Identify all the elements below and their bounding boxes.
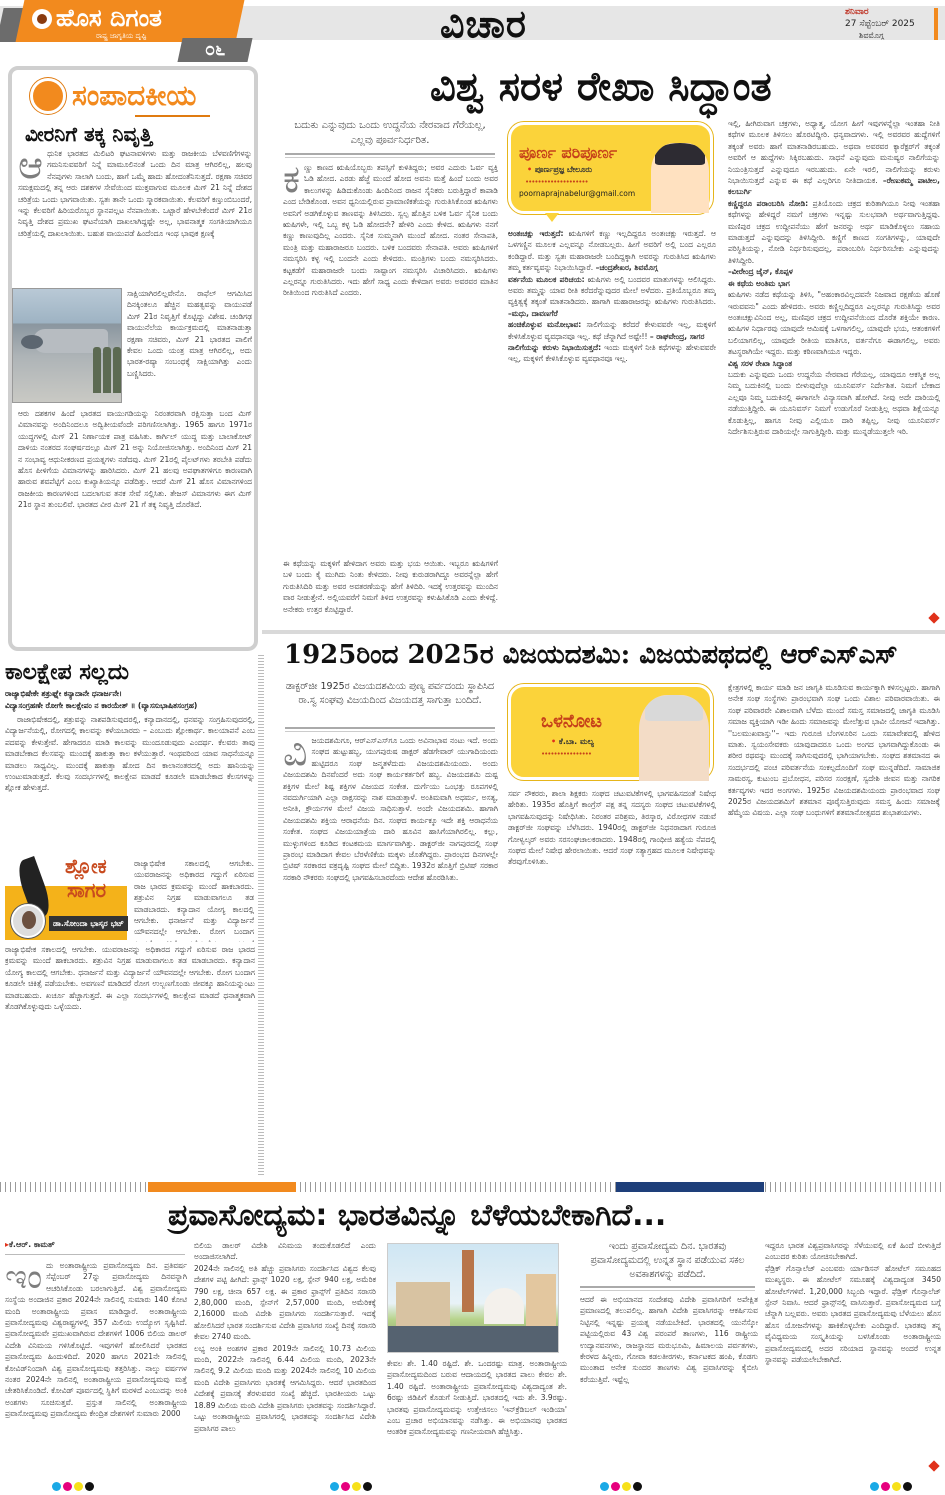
- dropcap: ವಿ: [283, 735, 308, 769]
- section-stripe: [0, 1182, 945, 1192]
- kalakshepa-body-2: ರಾಜ್ಯಾಭಿಷೇಕ ಸಕಾಲದಲ್ಲಿ ಆಗಬೇಕು. ಯುವರಾಜನನ್ನ…: [5, 944, 255, 1176]
- badge-label-1: ಶ್ಲೋಕ: [65, 854, 107, 878]
- article2-headline[interactable]: 1925ರಿಂದ 2025ರ ವಿಜಯದಶಮಿ: ವಿಜಯಪಥದಲ್ಲಿ ಆರ್…: [284, 640, 898, 671]
- shloka-author: ಡಾ.ಸೋಂದಾ ಭಾಸ್ಕರ ಭಟ್: [49, 916, 128, 931]
- paper-tagline: ರಾಷ್ಟ್ರ ಜಾಗೃತಿಯ ದೃಷ್ಟಿ: [96, 32, 147, 41]
- stripe-orange: [148, 1182, 296, 1192]
- badge-label-2: ಸಾಗರ: [67, 878, 106, 902]
- article2-body-3: ಸರ್ವ ನೌಕರರು, ಶಾಲಾ ಶಿಕ್ಷಕರು ಸಂಘದ ಚಟುವಟಿಕೆ…: [508, 788, 716, 1174]
- jet-nose: [21, 335, 43, 349]
- dotted-rule: ••••••••••••••••: [541, 750, 591, 758]
- article3-headline[interactable]: ಪ್ರವಾಸೋದ್ಯಮ: ಭಾರತವಿನ್ನೂ ಬೆಳೆಯಬೇಕಾಗಿದೆ...: [168, 1198, 666, 1233]
- kalakshepa-body-side: ರಾಜ್ಯಾಭಿಷೇಕ ಸಕಾಲದಲ್ಲಿ ಆಗಬೇಕು. ಯುವರಾಜನನ್ನ…: [134, 858, 254, 942]
- deck-rule: [285, 153, 495, 158]
- section-title: ವಿಚಾರ: [440, 2, 527, 47]
- editorial-body-2: ಆರು ದಶಕಗಳ ಹಿಂದೆ ಭಾರತದ ವಾಯುಗಡಿಯನ್ನು ನಿರಂತ…: [18, 408, 252, 646]
- editorial-header: ಸಂಪಾದಕೀಯ: [30, 78, 196, 114]
- column-author: ಪೂರ್ಣಪ್ರಜ್ಞ ಬೇಲೂರು: [527, 165, 592, 175]
- page-number: ೦೬: [177, 38, 252, 62]
- cmyk-registration-mark: [600, 1482, 642, 1491]
- logo-emblem-icon: [32, 9, 52, 29]
- article3-col1: ಇಂದು ಅಂತಾರಾಷ್ಟ್ರೀಯ ಪ್ರವಾಸೋದ್ಯಮ ದಿನ. ಪ್ರತ…: [5, 1260, 187, 1475]
- stripe-blue: [616, 1182, 764, 1192]
- cmyk-registration-mark: [330, 1482, 372, 1491]
- article1-letters: ಅಂತಃಚಕ್ಷು ಇರುತ್ತದೆ: ಋಷಿಗಳಿಗೆ ಕಣ್ಣು ಇಲ್ಲದ…: [508, 228, 716, 624]
- hair: [655, 143, 705, 165]
- article2-body-1: ವಿಜಯದಶಮಿಗೂ, ಆರ್‌ಎಸ್‌ಎಸ್‌ಗೂ ಒಂದು ಅವಿನಾಭಾವ…: [283, 735, 498, 1173]
- date: 27 ಸೆಪ್ಟೆಂಬರ್ 2025: [845, 18, 915, 30]
- column-name: ಒಳನೋಟ: [541, 711, 602, 732]
- article3-col5: ಇದ್ದರೂ ಭಾರತ ವಿಶ್ವಪ್ರವಾಸಿಗರನ್ನು ಸೆಳೆಯುವಲ್…: [765, 1240, 941, 1475]
- column-author: ಕೆ.ಬಾ. ಮಲ್ಯ: [551, 737, 594, 747]
- dropcap: ಆ: [18, 148, 43, 182]
- cmyk-registration-mark: [870, 1482, 912, 1491]
- pilot-figure: [93, 347, 101, 393]
- article3-deck: ಇಂದು ಪ್ರವಾಸೋದ್ಯಮ ದಿನ. ಭಾರತವು ಪ್ರವಾಸೋದ್ಯಮ…: [580, 1240, 755, 1282]
- ornament-divider: [135, 115, 210, 117]
- article3-col4: ಆದರೆ ಈ ಅಭಿಯಾನದ ಸಂದೇಶವು ವಿದೇಶಿ ಪ್ರವಾಸಿಗರಿ…: [580, 1294, 758, 1475]
- editorial-label: ಸಂಪಾದಕೀಯ: [72, 79, 196, 113]
- article2-deck: ಡಾಕ್ಟರ್‌ಜೀ 1925ರ ವಿಜಯದಶಮಿಯ ಪುಣ್ಯ ಪರ್ವದಂದ…: [285, 680, 495, 708]
- kalakshepa-headline[interactable]: ಕಾಲಕ್ಷೇಪ ಸಲ್ಲದು: [5, 660, 129, 685]
- callout-pointer: [545, 213, 559, 222]
- india-monuments-collage: [387, 1243, 559, 1353]
- columnist-photo: [639, 695, 709, 781]
- article1-deck: ಬದುಕು ಎನ್ನುವುದು ಒಂದು ಉದ್ದನೆಯ ನೇರವಾದ ಗೆರೆ…: [285, 118, 495, 148]
- kalakshepa-shloka: ರಾಜ್ಯಾಭಿಷೇಕೇ ಶತ್ರುಘ್ನೇ ಕನ್ಯಾದಾನೇ ಧನಾರ್ಜನ…: [5, 688, 255, 712]
- column-badge-olanota: ಒಳನೋಟ ಕೆ.ಬಾ. ಮಲ್ಯ ••••••••••••••••: [508, 684, 713, 780]
- date-accent-bar: [934, 8, 938, 40]
- weekday: ಶನಿವಾರ: [845, 6, 915, 18]
- article1-headline[interactable]: ವಿಶ್ವ ಸರಳ ರೇಖಾ ಸಿದ್ಧಾಂತ: [430, 64, 772, 110]
- article2-body-4: ಕ್ಷೇತ್ರಗಳಲ್ಲಿ ಕಾರ್ಯ ಮಾಡಿ ಜನ ಜಾಗೃತಿ ಮೂಡಿಸ…: [728, 682, 940, 1174]
- hair: [645, 695, 703, 721]
- dropcap: ಕ: [283, 162, 300, 196]
- rock-base: [388, 1326, 559, 1353]
- author-rule: [5, 1254, 185, 1255]
- article3-col3: ಕೇವಲ ಶೇ. 1.40 ರಷ್ಟಿದೆ. ಶೇ. ಒಂದರಷ್ಟು ಮಾತ್…: [387, 1358, 567, 1475]
- editorial-body-side: ಸಾಕ್ಷಿಯಾಗಿರಲಿಲ್ಲವೇನೊ. ರಾಫೆಲ್ ಆಗಮಿಸಿದ ದಿನ…: [127, 288, 252, 404]
- columnist-photo: [651, 143, 709, 213]
- taj-mahal: [484, 1288, 524, 1324]
- column-divider: [258, 655, 264, 1175]
- paper-logo[interactable]: ಹೊಸ ದಿಗಂತ: [32, 4, 162, 32]
- deck-rule: [580, 1286, 755, 1291]
- charminar: [526, 1274, 556, 1326]
- column-name: ಪೂರ್ಣ ಪರಿಪೂರ್ಣ: [519, 143, 617, 163]
- dropcap: ಇಂ: [5, 1260, 42, 1294]
- article1-body-1: ಕಣ್ಣು ಕಾಣದ ಋಷಿಯೊಬ್ಬರು ತಪಸ್ಸಿಗೆ ಕುಳಿತಿದ್ದ…: [283, 162, 498, 556]
- gateway-of-india: [396, 1282, 450, 1326]
- dotted-rule: ••••••••••••••••••••: [525, 178, 588, 186]
- author-photo: [11, 904, 45, 938]
- section-separator: [262, 630, 945, 634]
- editorial-body-1: ಆಧುನಿಕ ಭಾರತದ ಮಿಲಿಟರಿ ಘಟನಾವಳಿಗಳು ಮತ್ತು ರಾ…: [18, 148, 252, 284]
- pilot-figure: [113, 347, 121, 393]
- kalakshepa-body: ರಾಜಾಭಿಷೇಕದಲ್ಲಿ, ಶತ್ರುವನ್ನು ನಾಶಪಡಿಸುವುದರಲ…: [5, 714, 255, 856]
- editorial-emblem-icon: [30, 78, 66, 114]
- article1-right-column: ಇಲ್ಲಿ, ಹೀಗಿರುವಾಗ ಚಕ್ರಗಳು, ಅಧ್ಯಾತ್ಮ, ಯೋಗ …: [728, 118, 940, 624]
- deck-rule: [285, 727, 495, 732]
- article3-author: ▸ಕೆ.ಆರ್. ಕಾಮತ್: [5, 1240, 55, 1250]
- mig21-photo: [12, 288, 122, 403]
- cmyk-registration-mark: [52, 1482, 94, 1491]
- edition: ಶಿವಮೊಗ್ಗ: [845, 30, 915, 42]
- pilot-figure: [103, 347, 111, 393]
- article3-col2: ಬಿಲಿಯ ಡಾಲರ್ ವಿದೇಶಿ ವಿನಿಮಯ ತಂದುಕೊಡಲಿದೆ ಎಂ…: [194, 1240, 376, 1475]
- editorial-headline[interactable]: ವೀರನಿಗೆ ತಕ್ಕ ನಿವೃತ್ತಿ: [25, 122, 152, 146]
- date-block: ಶನಿವಾರ 27 ಸೆಪ್ಟೆಂಬರ್ 2025 ಶಿವಮೊಗ್ಗ: [845, 6, 915, 42]
- qutub-minar: [462, 1250, 474, 1312]
- column-badge-poorna: ಪೂರ್ಣ ಪರಿಪೂರ್ಣ ಪೂರ್ಣಪ್ರಜ್ಞ ಬೇಲೂರು ••••••…: [508, 122, 713, 214]
- column-email[interactable]: poornaprajnabelur@gmail.com: [519, 189, 635, 198]
- shloka-sagara-badge: ಶ್ಲೋಕ ಸಾಗರ ಡಾ.ಸೋಂದಾ ಭಾಸ್ಕರ ಭಟ್: [5, 858, 130, 943]
- article1-body-3: ಈ ಕಥೆಯನ್ನು ಮಕ್ಕಳಿಗೆ ಹೇಳಿದಾಗ ಅವರು ಮತ್ತು ಭ…: [283, 558, 498, 624]
